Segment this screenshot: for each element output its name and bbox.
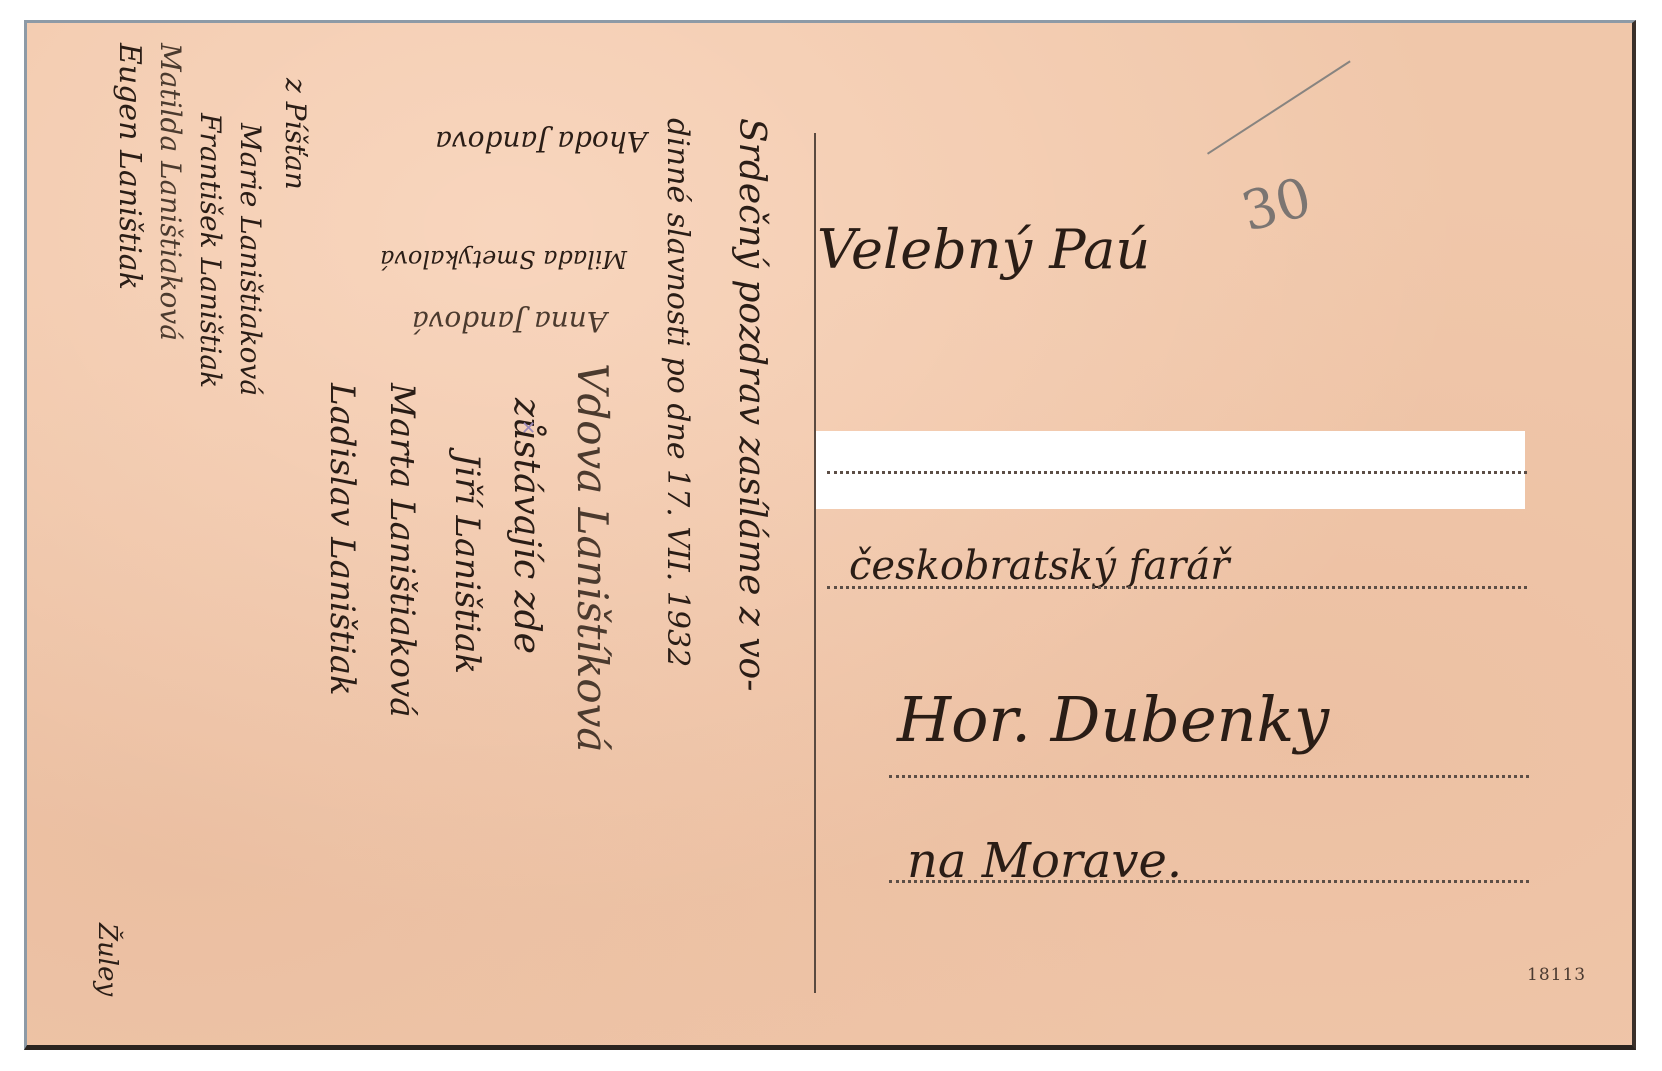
salutation: Velebný Paú bbox=[817, 218, 1150, 281]
message-line-2: dinné slavnosti po dne 17. VII. 1932 bbox=[660, 118, 695, 667]
inverted-line-3: Anna Jandová bbox=[412, 305, 607, 338]
inverted-line-2: Milada Smetykalová bbox=[380, 245, 627, 273]
postcard: 30 Velebný Paú českobratský farář Hor. D… bbox=[24, 20, 1636, 1050]
signature-6: Žuley bbox=[92, 923, 122, 996]
signature-5: Eugen Laništiak bbox=[112, 43, 147, 290]
address-dotted-line-3 bbox=[889, 775, 1529, 778]
message-line-7: Ladislav Laništiak bbox=[322, 383, 362, 696]
signature-2: Marie Laništiaková bbox=[234, 123, 267, 396]
message-line-6: Marta Laništiaková bbox=[382, 383, 422, 718]
address-dotted-line-1 bbox=[827, 471, 1527, 474]
card-serial-number: 18113 bbox=[1527, 965, 1586, 985]
message-line-1: Srdečný pozdrav zasíláme z vo- bbox=[731, 118, 772, 691]
address-dotted-line-4 bbox=[889, 880, 1529, 883]
redacted-recipient-name bbox=[816, 431, 1525, 509]
cross-mark: ✕ bbox=[521, 418, 536, 439]
pencil-stroke bbox=[1207, 60, 1351, 154]
signature-3: František Laništiak bbox=[194, 113, 227, 388]
address-line-2: českobratský farář bbox=[849, 543, 1229, 589]
center-divider-line bbox=[814, 133, 816, 993]
address-dotted-line-2 bbox=[827, 586, 1527, 589]
signature-1: z Píšťan bbox=[279, 78, 312, 190]
message-line-5: Jiří Laništiak bbox=[447, 453, 487, 674]
signature-4: Matilda Laništiaková bbox=[154, 43, 187, 341]
message-line-3: Vdova Laništíková bbox=[568, 363, 617, 752]
pencil-number: 30 bbox=[1235, 165, 1318, 244]
address-line-3: Hor. Dubenky bbox=[897, 683, 1329, 756]
inverted-line-1: Ahoda Jandova bbox=[435, 125, 647, 158]
